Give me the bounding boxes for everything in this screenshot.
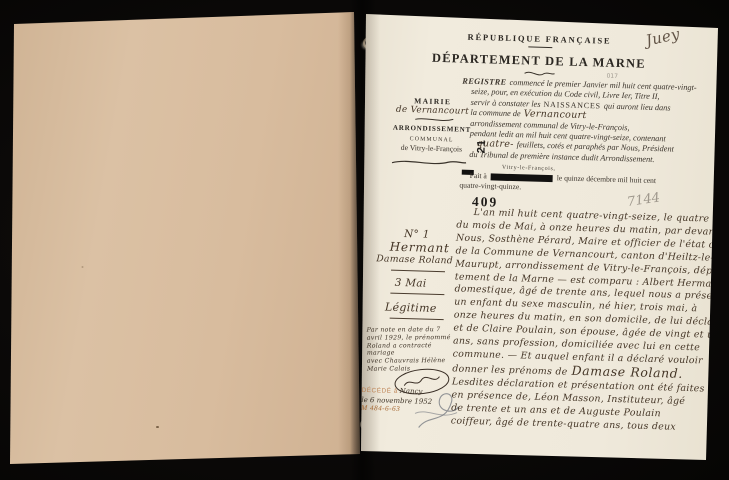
- deceased-stamp: DÉCÉDÉ à Nancy le 6 novembre 1952 M 484-…: [361, 386, 432, 415]
- register-scan: Juey 017 7144 RÉPUBLIQUE FRANÇAISE DÉPAR…: [0, 0, 729, 480]
- mairie-commune-handwritten: de Vernancourt: [379, 104, 485, 117]
- deceased-reference: M 484-6-63: [361, 404, 432, 415]
- communal-place-label: de Vitry-le-François: [378, 142, 484, 154]
- margin-birth-date: 3 Mai: [395, 277, 427, 290]
- marginal-note-line: Roland a contracté mariage: [367, 342, 459, 358]
- ornament-rule: [523, 69, 555, 78]
- margin-rule: [390, 318, 444, 321]
- flourish-rule: [414, 116, 454, 123]
- margin-act-number: N° 1: [404, 228, 430, 241]
- paper-speckles: [156, 426, 159, 428]
- commune-handwritten: Vernancourt: [524, 109, 587, 122]
- folio-number-stamp: 21: [475, 139, 487, 154]
- heading-rule: [528, 46, 552, 48]
- commune-name: Vernancourt: [410, 105, 469, 117]
- registre-text: qui auront lieu dans: [604, 101, 671, 112]
- child-name-emphasized: Damase Roland.: [571, 363, 683, 381]
- margin-rule: [391, 270, 445, 273]
- margin-legitimacy: Légitime: [385, 301, 437, 315]
- de-label: de: [396, 105, 408, 115]
- margin-child-given-names: Damase Roland: [376, 253, 453, 266]
- republique-heading: RÉPUBLIQUE FRANÇAISE: [419, 30, 659, 47]
- registre-paragraph: REGISTREcommencé le premier Janvier mil …: [460, 77, 718, 167]
- deceased-place-handwritten: Nancy: [400, 387, 423, 396]
- marginal-note-line: avril 1929, le prénommé: [367, 334, 459, 342]
- left-cover-page: [6, 8, 362, 468]
- right-register-page: Juey 017 7144 RÉPUBLIQUE FRANÇAISE DÉPAR…: [360, 10, 722, 466]
- deceased-label: DÉCÉDÉ à: [362, 387, 398, 395]
- issuance-date: le quinze décembre mil huit cent: [557, 173, 657, 185]
- issuance-line-end: quatre-vingt-quinze.: [459, 181, 521, 192]
- registre-word: REGISTRE: [462, 77, 506, 87]
- pencil-annotation-top: 017: [606, 73, 618, 80]
- prenoms-prefix: donner les prénoms de: [452, 363, 568, 377]
- fait-a-label: Fait à: [470, 171, 487, 180]
- pencil-annotation-mid: 7144: [626, 190, 661, 210]
- arrondissement-label: ARRONDISSEMENT: [377, 123, 487, 134]
- redaction-bar: [491, 173, 553, 182]
- birth-act-entry: L'an mil huit cent quatre-vingt-seize, l…: [451, 206, 719, 435]
- margin-rule: [390, 293, 444, 296]
- flourish-curve: [390, 157, 468, 169]
